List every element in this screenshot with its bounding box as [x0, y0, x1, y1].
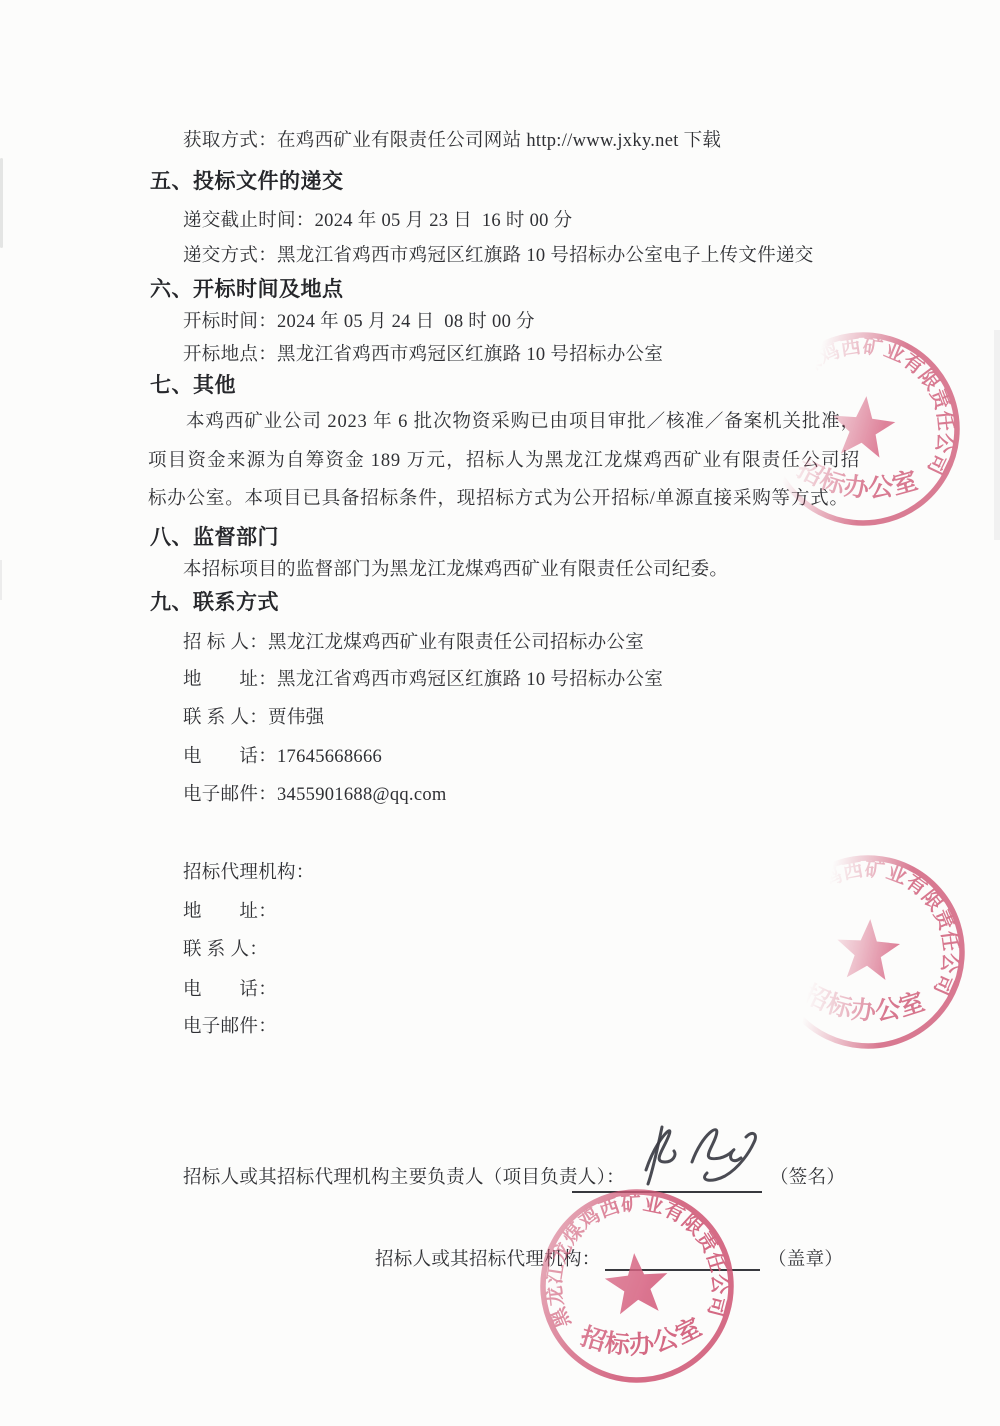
- star-icon: [835, 917, 902, 981]
- tenderer-address-line: 地 址：黑龙江省鸡西市鸡冠区红旗路 10 号招标办公室: [183, 667, 663, 693]
- other-info-paragraph: 本鸡西矿业公司 2023 年 6 批次物资采购已由项目审批／核准／备案机关批准，…: [148, 403, 860, 519]
- tenderer-name-line: 招 标 人：黑龙江龙煤鸡西矿业有限责任公司招标办公室: [183, 630, 644, 656]
- agency-address-line: 地 址：: [183, 899, 277, 925]
- seal-label: 招标人或其招标代理机构：: [375, 1247, 601, 1273]
- handwritten-signature: [628, 1112, 783, 1200]
- tenderer-phone-line: 电 话：17645668666: [183, 744, 382, 770]
- scan-artifact: [994, 330, 1000, 540]
- tenderer-contact-line: 联 系 人：贾伟强: [183, 705, 324, 731]
- agency-name-line: 招标代理机构：: [183, 860, 315, 886]
- agency-email-line: 电子邮件：: [183, 1014, 277, 1040]
- seal-ring: [535, 1184, 739, 1388]
- seal-bottom-text: 招标办公室: [575, 1311, 708, 1364]
- section-6-title: 六、开标时间及地点: [150, 276, 344, 303]
- supervision-body-line: 本招标项目的监督部门为黑龙江龙煤鸡西矿业有限责任公司纪委。: [183, 557, 728, 583]
- tenderer-email-line: 电子邮件：3455901688@qq.com: [183, 782, 447, 808]
- seal-suffix: （盖章）: [768, 1247, 843, 1273]
- company-seal-bottom: 黑龙江龙煤鸡西矿业有限责任公司 招标办公室: [523, 1172, 751, 1400]
- submission-deadline-line: 递交截止时间：2024 年 05 月 23 日 16 时 00 分: [183, 208, 572, 234]
- seal-ring: [768, 852, 969, 1053]
- scan-artifact: [0, 158, 3, 248]
- acquisition-line: 获取方式：在鸡西矿业有限责任公司网站 http://www.jxky.net 下…: [183, 128, 721, 154]
- seal-ring-text: 黑龙江龙煤鸡西矿业有限责任公司: [770, 850, 969, 999]
- signatory-label: 招标人或其招标代理机构主要负责人（项目负责人）：: [183, 1165, 625, 1191]
- agency-phone-line: 电 话：: [183, 977, 277, 1003]
- bid-opening-time-line: 开标时间：2024 年 05 月 24 日 08 时 00 分: [183, 309, 535, 335]
- seal-bottom-text: 招标办公室: [798, 978, 931, 1029]
- section-9-title: 九、联系方式: [150, 589, 279, 616]
- submission-method-line: 递交方式：黑龙江省鸡西市鸡冠区红旗路 10 号招标办公室电子上传文件递交: [183, 243, 814, 269]
- seal-underline: [605, 1269, 760, 1271]
- document-page: 获取方式：在鸡西矿业有限责任公司网站 http://www.jxky.net 下…: [0, 0, 1000, 1426]
- section-7-title: 七、其他: [150, 372, 236, 399]
- company-seal-middle-right: 黑龙江龙煤鸡西矿业有限责任公司 招标办公室: [756, 840, 980, 1064]
- section-8-title: 八、监督部门: [150, 524, 279, 551]
- section-5-title: 五、投标文件的递交: [150, 168, 344, 195]
- scan-artifact: [0, 560, 2, 600]
- signature-stroke: [692, 1130, 741, 1162]
- agency-contact-line: 联 系 人：: [183, 937, 268, 963]
- star-icon: [603, 1250, 671, 1315]
- bid-opening-place-line: 开标地点：黑龙江省鸡西市鸡冠区红旗路 10 号招标办公室: [183, 342, 663, 368]
